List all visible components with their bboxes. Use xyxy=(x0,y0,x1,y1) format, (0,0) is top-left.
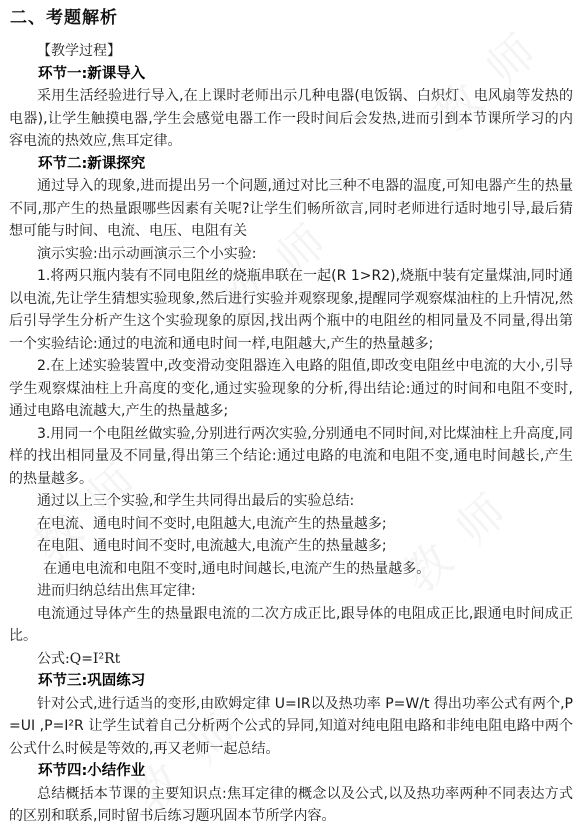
paragraph-joule-law-statement: 电流通过导体产生的热量跟电流的二次方成正比,跟导体的电阻成正比,跟通电时间成正比… xyxy=(9,603,573,648)
paragraph-conclusion-2: 在电阻、通电时间不变时,电流越大,电流产生的热量越多; xyxy=(9,535,573,558)
paragraph-experiment-2: 2.在上述实验装置中,改变滑动变阻器连入电路的阻值,即改变电阻丝中电流的大小,引… xyxy=(9,355,573,423)
heading-step1-lead-in: 环节一:新课导入 xyxy=(9,63,573,86)
subtitle-teaching-process: 【教学过程】 xyxy=(9,40,573,63)
heading-step2-exploration: 环节二:新课探究 xyxy=(9,153,573,176)
document-page: 教师 教师 教师 教师 教师 二、考题解析 【教学过程】 环节一:新课导入 采用… xyxy=(0,0,582,832)
paragraph-experiment-3: 3.用同一个电阻丝做实验,分别进行两次实验,分别通电不同时间,对比煤油柱上升高度… xyxy=(9,423,573,491)
heading-step3-practice: 环节三:巩固练习 xyxy=(9,670,573,693)
paragraph-formula-variants: 针对公式,进行适当的变形,由欧姆定律 U=IR以及热功率 P=W/t 得出功率公… xyxy=(9,693,573,761)
paragraph-demo-experiments: 演示实验:出示动画演示三个小实验: xyxy=(9,243,573,266)
paragraph-summary-intro: 通过以上三个实验,和学生共同得出最后的实验总结: xyxy=(9,490,573,513)
heading-step4-summary-homework: 环节四:小结作业 xyxy=(9,760,573,783)
section-title: 二、考题解析 xyxy=(10,6,573,30)
formula-joule-law: 公式:Q=I²Rt xyxy=(9,648,573,671)
paragraph-lead-in: 采用生活经验进行导入,在上课时老师出示几种电器(电饭锅、白炽灯、电风扇等发热的电… xyxy=(9,85,573,153)
paragraph-conclusion-3: 在通电电流和电阻不变时,通电时间越长,电流产生的热量越多。 xyxy=(9,558,573,581)
paragraph-experiment-1: 1.将两只瓶内装有不同电阻丝的烧瓶串联在一起(R 1>R2),烧瓶中装有定量煤油… xyxy=(9,265,573,355)
paragraph-question-guess: 通过导入的现象,进而提出另一个问题,通过对比三种不电器的温度,可知电器产生的热量… xyxy=(9,175,573,243)
paragraph-conclusion-1: 在电流、通电时间不变时,电阻越大,电流产生的热量越多; xyxy=(9,513,573,536)
paragraph-summary-homework: 总结概括本节课的主要知识点:焦耳定律的概念以及公式,以及热功率两种不同表达方式的… xyxy=(9,783,573,828)
paragraph-joule-law-intro: 进而归纳总结出焦耳定律: xyxy=(9,580,573,603)
